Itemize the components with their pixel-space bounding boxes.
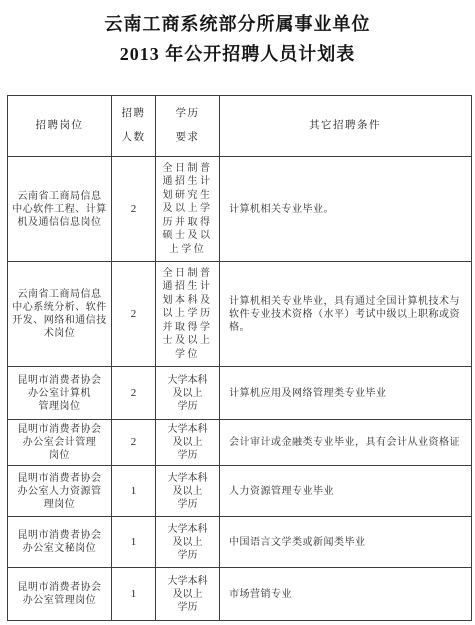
education-cell: 全日制普通招生计划研究生及以上学历并取得硕士及以上学位 xyxy=(156,157,220,262)
count-cell: 2 xyxy=(112,367,156,420)
conditions-cell: 市场营销专业 xyxy=(220,568,472,621)
header-position: 招聘岗位 xyxy=(8,96,112,157)
count-cell: 1 xyxy=(112,568,156,621)
education-cell: 大学本科 及以上 学历 xyxy=(156,466,220,517)
table-row: 云南省工商局信息 中心软件工程、计算 机及通信信息岗位 2 全日制普通招生计划研… xyxy=(8,157,472,262)
header-conditions: 其它招聘条件 xyxy=(220,96,472,157)
count-cell: 2 xyxy=(112,262,156,367)
conditions-cell: 计算机相关专业毕业，具有通过全国计算机技术与软件专业技术资格（水平）考试中级以上… xyxy=(220,262,472,367)
conditions-cell: 计算机应用及网络管理类专业毕业 xyxy=(220,367,472,420)
education-cell: 大学本科 及以上 学历 xyxy=(156,420,220,466)
position-cell: 云南省工商局信息 中心系统分析、软件 开发、网络和通信技 术岗位 xyxy=(8,262,112,367)
header-count: 招聘 人数 xyxy=(112,96,156,157)
document-title-line1: 云南工商系统部分所属事业单位 xyxy=(0,9,475,39)
document-title: 云南工商系统部分所属事业单位 2013 年公开招聘人员计划表 xyxy=(0,9,475,69)
table-row: 昆明市消费者协会 办公室文秘岗位 1 大学本科 及以上 学历 中国语言文学类或新… xyxy=(8,517,472,568)
conditions-cell: 计算机相关专业毕业。 xyxy=(220,157,472,262)
position-cell: 昆明市消费者协会 办公室文秘岗位 xyxy=(8,517,112,568)
count-cell: 2 xyxy=(112,420,156,466)
education-cell: 大学本科 及以上 学历 xyxy=(156,367,220,420)
conditions-cell: 人力资源管理专业毕业 xyxy=(220,466,472,517)
table-row: 昆明市消费者协会 办公室计算机 管理岗位 2 大学本科 及以上 学历 计算机应用… xyxy=(8,367,472,420)
conditions-cell: 会计审计或金融类专业毕业，具有会计从业资格证 xyxy=(220,420,472,466)
count-cell: 1 xyxy=(112,517,156,568)
header-education: 学历 要求 xyxy=(156,96,220,157)
position-cell: 昆明市消费者协会 办公室人力资源管 理岗位 xyxy=(8,466,112,517)
header-row: 招聘岗位 招聘 人数 学历 要求 其它招聘条件 xyxy=(8,96,472,157)
position-cell: 昆明市消费者协会 办公室会计管理 岗位 xyxy=(8,420,112,466)
position-cell: 昆明市消费者协会 办公室计算机 管理岗位 xyxy=(8,367,112,420)
table-row: 昆明市消费者协会 办公室人力资源管 理岗位 1 大学本科 及以上 学历 人力资源… xyxy=(8,466,472,517)
position-cell: 昆明市消费者协会 办公室管理岗位 xyxy=(8,568,112,621)
count-cell: 1 xyxy=(112,466,156,517)
education-cell: 大学本科 及以上 学历 xyxy=(156,517,220,568)
count-cell: 2 xyxy=(112,157,156,262)
table-row: 云南省工商局信息 中心系统分析、软件 开发、网络和通信技 术岗位 2 全日制普通… xyxy=(8,262,472,367)
education-cell: 大学本科 及以上 学历 xyxy=(156,568,220,621)
recruitment-table: 招聘岗位 招聘 人数 学历 要求 其它招聘条件 云南省工商局信息 中心软件工程、… xyxy=(7,95,472,621)
document-title-line2: 2013 年公开招聘人员计划表 xyxy=(0,39,475,69)
table-row: 昆明市消费者协会 办公室会计管理 岗位 2 大学本科 及以上 学历 会计审计或金… xyxy=(8,420,472,466)
conditions-cell: 中国语言文学类或新闻类毕业 xyxy=(220,517,472,568)
position-cell: 云南省工商局信息 中心软件工程、计算 机及通信信息岗位 xyxy=(8,157,112,262)
table-row: 昆明市消费者协会 办公室管理岗位 1 大学本科 及以上 学历 市场营销专业 xyxy=(8,568,472,621)
education-cell: 全日制普通招生计划本科及以上学历并取得学士及以上学位 xyxy=(156,262,220,367)
